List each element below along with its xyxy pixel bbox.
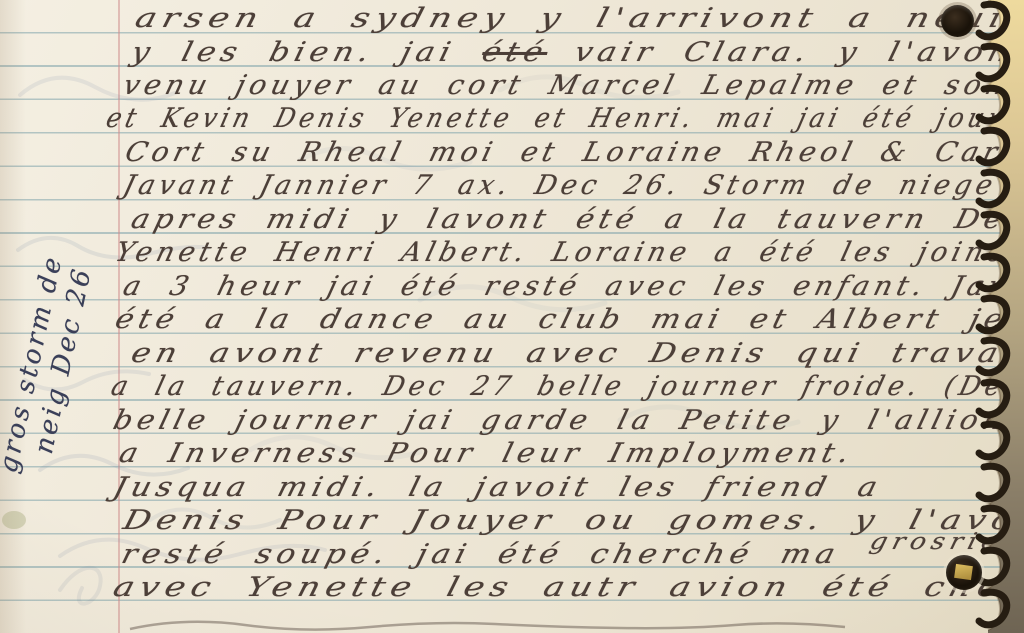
line-text: y les bien. jai <box>128 37 487 68</box>
handwritten-line: a Inverness Pour leur Imployment. <box>116 439 857 469</box>
handwritten-line: en avont revenu avec Denis qui travaille… <box>128 339 1024 369</box>
handwritten-line: Javant Jannier 7 ax. Dec 26. Storm de ni… <box>120 171 1000 201</box>
handwritten-line: Yenette Henri Albert. Loraine a été les … <box>112 238 1024 268</box>
punch-hole-bottom <box>946 555 982 590</box>
handwritten-line: belle journer jai garde la Petite y l'al… <box>110 406 1010 436</box>
handwritten-line: et Kevin Denis Yenette et Henri. mai jai… <box>103 104 1024 134</box>
page-left-shadow <box>0 0 26 633</box>
handwritten-line: venu jouyer au cort Marcel Lepalme et so… <box>120 71 1024 101</box>
handwritten-line: resté soupé. jai été cherché ma grosrie <box>118 540 1003 571</box>
handwritten-line: apres midi y lavont été a la tauvern Den… <box>128 205 1024 235</box>
handwritten-line: arsen a sydney y l'arrivont a neuit <box>132 4 1024 34</box>
struck-word: été <box>479 37 551 68</box>
handwritten-line: a 3 heur jai été resté avec les enfant. … <box>120 272 1024 302</box>
handwritten-line: y les bien. jai été vair Clara. y l'avon… <box>128 38 1024 68</box>
handwritten-line: été a la dance au club mai et Albert je … <box>112 305 1024 335</box>
handwritten-line: avec Yenette les autr avion été cherch <box>110 573 1024 603</box>
handwritten-line: Cort su Rheal moi et Loraine Rheol & Car… <box>122 138 1024 168</box>
line-text: resté soupé. jai été cherché ma <box>118 539 871 570</box>
brass-fastener <box>954 564 973 580</box>
handwritten-line: a la tauvern. Dec 27 belle journer froid… <box>108 372 1024 402</box>
handwritten-line: Jusqua midi. la javoit les friend a <box>110 473 885 503</box>
notebook-page: arsen a sydney y l'arrivont a neuit y le… <box>0 0 1024 633</box>
punch-hole-top <box>941 5 974 37</box>
spiral-binding <box>950 0 1024 633</box>
